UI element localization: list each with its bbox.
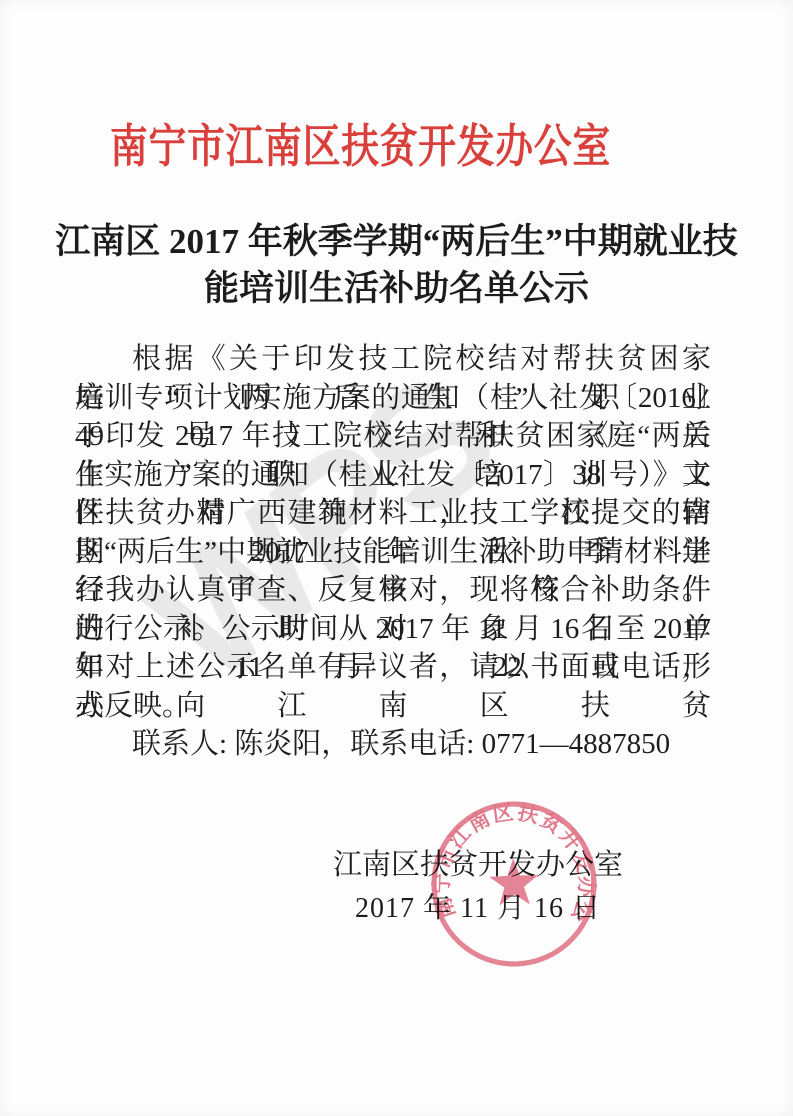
- body-text-line: 于印发 2017 年技工院校结对帮扶贫困家庭“两后生”职业培训工: [75, 417, 711, 456]
- document-title-line2: 能培训生活补助名单公示: [0, 265, 793, 312]
- body-text-line: 根据《关于印发技工院校结对帮扶贫困家庭“两后生”职业: [75, 340, 711, 379]
- seal-star: [489, 857, 540, 905]
- letterhead: 南宁市江南区扶贫开发办公室: [0, 110, 720, 176]
- body-text-line: 培训专项计划实施方案的通知（桂人社发〔2016〕49 号）》和《关: [75, 379, 711, 418]
- official-seal: 南宁市江南区扶贫开发办公室: [425, 795, 603, 973]
- body-text-line: 如对上述公示名单有异议者，请以书面或电话形式向江南区扶贫: [75, 648, 711, 687]
- body-text-line: 联系人: 陈炎阳，联系电话: 0771—4887850: [75, 725, 711, 764]
- body-text-line: 经我办认真审查、反复核对，现将符合补助条件的补助对象名单: [75, 571, 711, 610]
- body-text-line: 作实施方案的通知（桂人社发〔2017〕38 号）》文件精神，江南: [75, 456, 711, 495]
- body-text-line: 区扶贫办对广西建筑材料工业技工学校提交的辖区 2017 年秋季学: [75, 494, 711, 533]
- document-title: 江南区 2017 年秋季学期“两后生”中期就业技 能培训生活补助名单公示: [0, 218, 793, 312]
- body-text-line: 进行公示。公示时间从 2017 年 11 月 16 日至 2017 年 11 月…: [75, 610, 711, 649]
- letterhead-title: 南宁市江南区扶贫开发办公室: [109, 110, 610, 176]
- official-seal-graphic: 南宁市江南区扶贫开发办公室: [425, 795, 603, 973]
- body-text: 根据《关于印发技工院校结对帮扶贫困家庭“两后生”职业培训专项计划实施方案的通知（…: [75, 340, 711, 764]
- scanned-document-page: WPS 南宁市江南区扶贫开发办公室 江南区 2017 年秋季学期“两后生”中期就…: [0, 0, 793, 1116]
- body-text-line: 期“两后生”中期就业技能培训生活补助申请材料进行了审核。: [75, 533, 711, 572]
- document-title-line1: 江南区 2017 年秋季学期“两后生”中期就业技: [0, 218, 793, 265]
